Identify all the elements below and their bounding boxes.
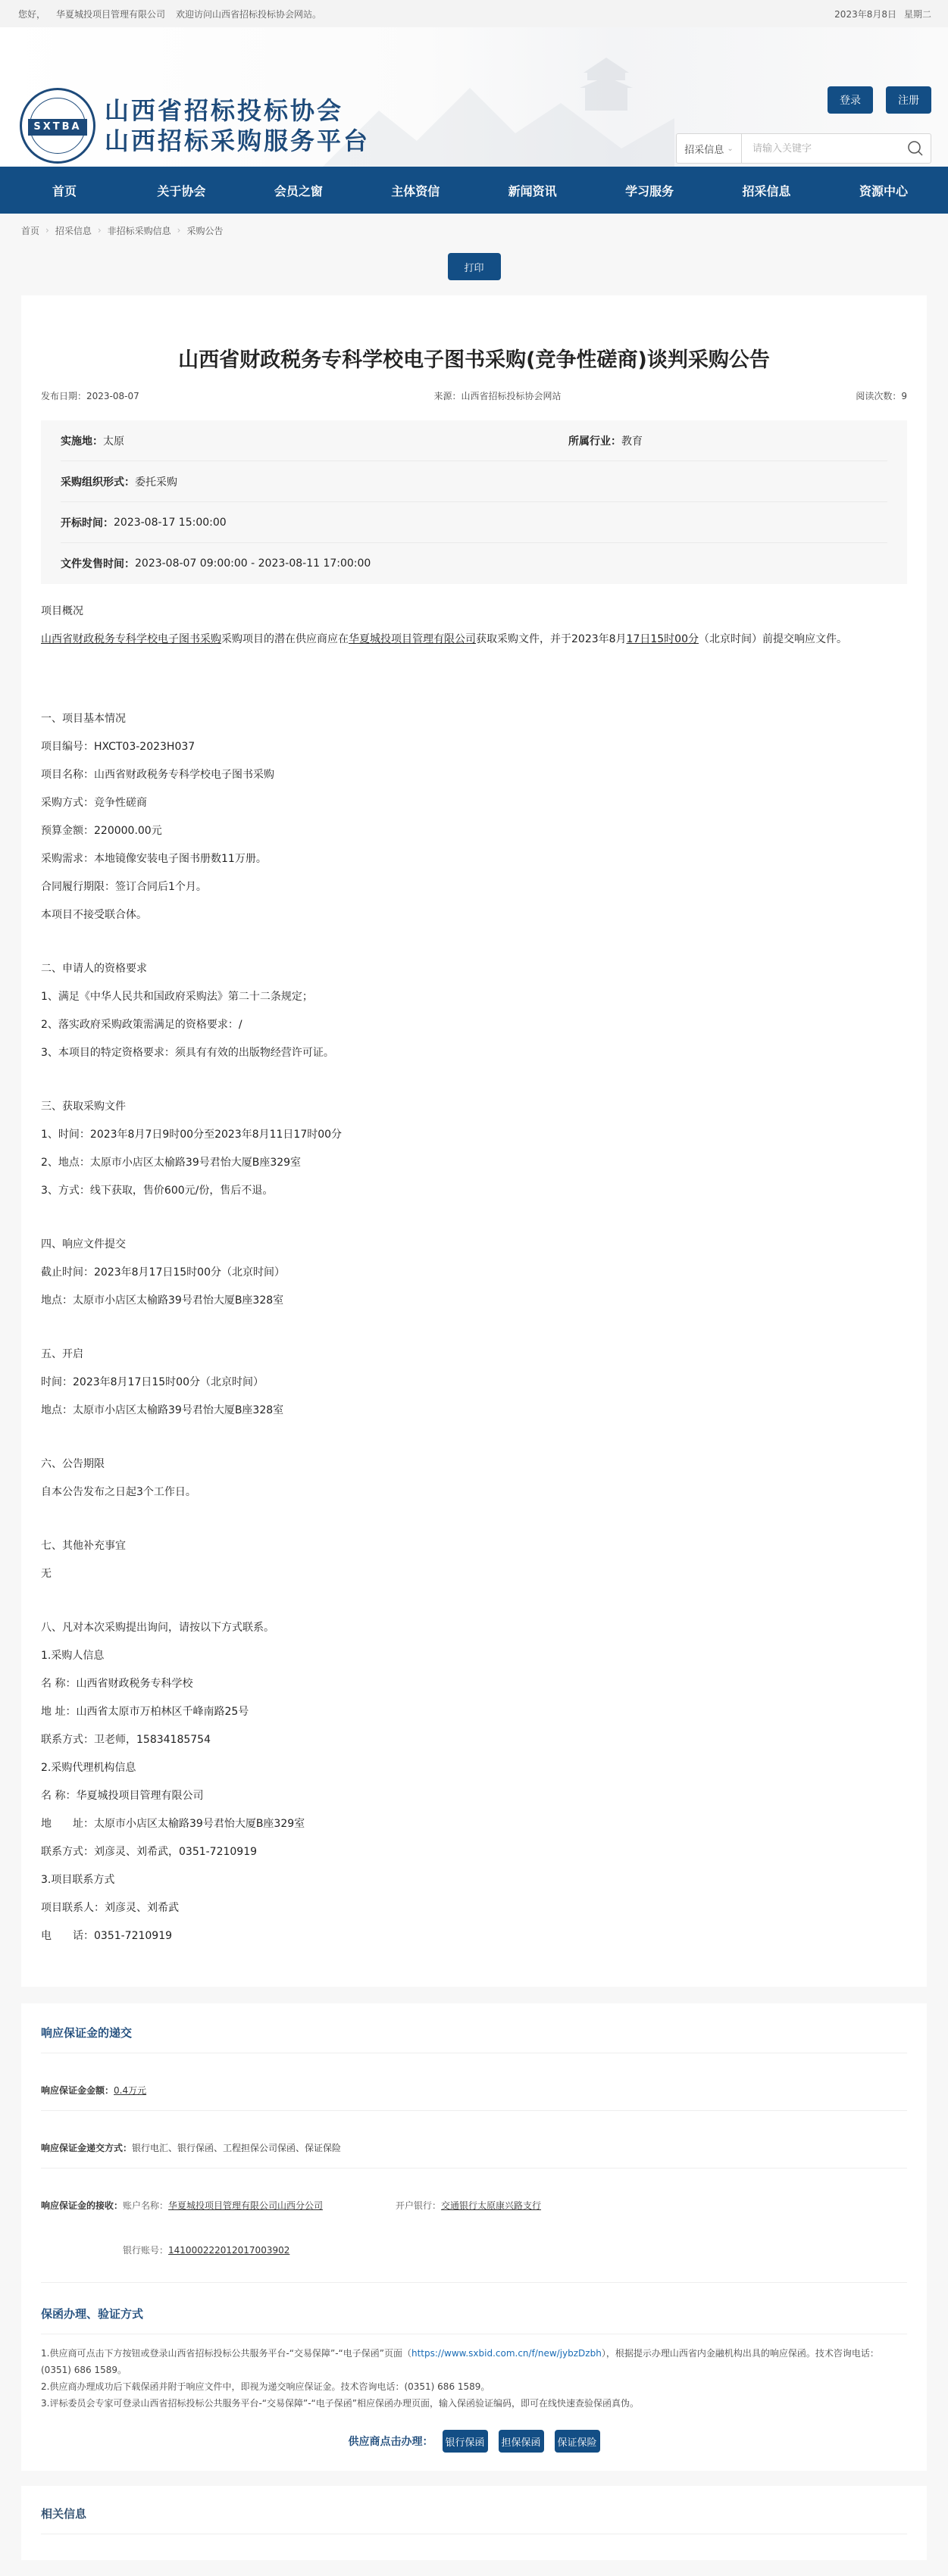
section-title: 一、项目基本情况	[41, 711, 907, 726]
weekday: 星期二	[904, 9, 931, 20]
receive-details: 账户名称：华夏城投项目管理有限公司山西分公司 开户银行：交通银行太原康兴路支行 …	[123, 2199, 593, 2256]
nav-item-resources[interactable]: 资源中心	[842, 182, 925, 199]
breadcrumb-home[interactable]: 首页	[21, 224, 39, 237]
text-line: 2、地点：太原市小店区太榆路39号君怡大厦B座329室	[41, 1155, 907, 1170]
overview-title: 项目概况	[41, 604, 907, 619]
article-body: 项目概况 山西省财政税务专科学校电子图书采购采购项目的潜在供应商应在华夏城投项目…	[41, 584, 907, 1987]
register-button[interactable]: 注册	[886, 86, 931, 114]
text-line: 地点：太原市小店区太榆路39号君怡大厦B座328室	[41, 1403, 907, 1418]
article-meta: 发布日期：2023-08-07 来源：山西省招标投标协会网站 阅读次数：9	[41, 389, 907, 420]
text-line: 地 址：太原市小店区太榆路39号君怡大厦B座329室	[41, 1816, 907, 1831]
section-title: 六、公告期限	[41, 1457, 907, 1472]
search-category-select[interactable]: 招采信息 ⌄	[677, 134, 742, 163]
deposit-receive-row: 响应保证金的接收： 账户名称：华夏城投项目管理有限公司山西分公司 开户银行：交通…	[41, 2169, 907, 2283]
text-line: 项目名称：山西省财政税务专科学校电子图书采购	[41, 767, 907, 782]
text-line: 合同履行期限：签订合同后1个月。	[41, 879, 907, 895]
site-logo[interactable]: SXTBA 山西省招标投标协会 山西招标采购服务平台	[20, 88, 370, 164]
guarantee-line-1: 1.供应商可点击下方按钮或登录山西省招标投标公共服务平台-“交易保障”-“电子保…	[41, 2345, 907, 2378]
mountain-pavilion-background-icon	[318, 42, 674, 167]
top-bar: 您好，华夏城投项目管理有限公司欢迎访问山西省招标投标协会网站。 2023年8月8…	[0, 0, 948, 27]
deposit-amount: 0.4万元	[114, 2085, 146, 2096]
deadline-link[interactable]: 17日15时00分	[627, 633, 699, 645]
search-bar: 招采信息 ⌄	[676, 133, 931, 164]
text-line: 时间：2023年8月17日15时00分（北京时间）	[41, 1375, 907, 1390]
text-line: 3、方式：线下获取，售价600元/份，售后不退。	[41, 1183, 907, 1198]
text-line: 名 称：华夏城投项目管理有限公司	[41, 1788, 907, 1803]
deposit-title: 响应保证金的递交	[41, 2003, 907, 2053]
text-line: 地点：太原市小店区太榆路39号君怡大厦B座328室	[41, 1293, 907, 1308]
bank-guarantee-button[interactable]: 银行保函	[443, 2430, 488, 2453]
logo-title-line2: 山西招标采购服务平台	[105, 126, 370, 156]
page-title: 山西省财政税务专科学校电子图书采购(竞争性磋商)谈判采购公告	[41, 295, 907, 376]
info-row-org-form: 采购组织形式：委托采购	[61, 461, 887, 502]
deposit-methods-row: 响应保证金递交方式： 银行电汇、银行保函、工程担保公司保函、保证保险	[41, 2111, 907, 2169]
text-line: 采购需求：本地镜像安装电子图书册数11万册。	[41, 851, 907, 866]
company-name: 华夏城投项目管理有限公司	[56, 9, 165, 20]
nav-item-members[interactable]: 会员之窗	[257, 182, 340, 199]
text-line: 地 址：山西省太原市万柏林区千峰南路25号	[41, 1704, 907, 1719]
section-title: 八、凡对本次采购提出询问，请按以下方式联系。	[41, 1620, 907, 1635]
guarantee-line-2: 2.供应商办理成功后下载保函并附于响应文件中，即视为递交响应保证金。技术咨询电话…	[41, 2378, 907, 2395]
site-header: SXTBA 山西省招标投标协会 山西招标采购服务平台 登录 注册 招采信息 ⌄	[0, 27, 948, 167]
section-title: 四、响应文件提交	[41, 1237, 907, 1252]
account-number: 141000222012017003902	[168, 2245, 289, 2256]
text-line: 1、时间：2023年8月7日9时00分至2023年8月11日17时00分	[41, 1127, 907, 1142]
text-line: 项目联系人：刘彦灵、刘希武	[41, 1900, 907, 1916]
chevron-right-icon: ›	[177, 225, 181, 236]
greeting: 您好，华夏城投项目管理有限公司欢迎访问山西省招标投标协会网站。	[18, 8, 332, 20]
deposit-amount-row: 响应保证金金额： 0.4万元	[41, 2053, 907, 2111]
welcome-text: 欢迎访问山西省招标投标协会网站。	[176, 9, 321, 20]
section-title: 二、申请人的资格要求	[41, 961, 907, 976]
nav-item-home[interactable]: 首页	[23, 182, 106, 199]
deposit-amount-label: 响应保证金金额：	[41, 2084, 114, 2097]
login-button[interactable]: 登录	[828, 86, 873, 114]
related-title: 相关信息	[41, 2486, 907, 2534]
text-line: 截止时间：2023年8月17日15时00分（北京时间）	[41, 1265, 907, 1280]
text-line: 采购方式：竞争性磋商	[41, 795, 907, 810]
deposit-methods-label: 响应保证金递交方式：	[41, 2141, 132, 2154]
greeting-text: 您好，	[18, 9, 45, 20]
guarantee-line-3: 3.评标委员会专家可登录山西省招标投标公共服务平台-“交易保障”-“电子保函”相…	[41, 2395, 907, 2412]
text-line: 2、落实政府采购政策需满足的资格要求：/	[41, 1017, 907, 1032]
breadcrumb: 首页 › 招采信息 › 非招标采购信息 › 采购公告	[0, 214, 948, 247]
section-title: 三、获取采购文件	[41, 1099, 907, 1114]
agency-link[interactable]: 华夏城投项目管理有限公司	[349, 633, 476, 645]
nav-item-learning[interactable]: 学习服务	[608, 182, 691, 199]
text-line: 1、满足《中华人民共和国政府采购法》第二十二条规定；	[41, 989, 907, 1004]
project-link[interactable]: 山西省财政税务专科学校电子图书采购	[41, 633, 221, 645]
overview-paragraph: 山西省财政税务专科学校电子图书采购采购项目的潜在供应商应在华夏城投项目管理有限公…	[41, 632, 907, 647]
text-line: 1.采购人信息	[41, 1648, 907, 1663]
text-line: 项目编号：HXCT03-2023H037	[41, 739, 907, 754]
info-row-location: 实施地：太原 所属行业：教育	[61, 420, 887, 461]
nav-item-credit[interactable]: 主体资信	[374, 182, 457, 199]
text-line: 联系方式：刘彦灵、刘希武，0351-7210919	[41, 1844, 907, 1859]
print-row: 打印	[0, 247, 948, 295]
text-line: 3、本项目的特定资格要求：须具有有效的出版物经营许可证。	[41, 1045, 907, 1060]
deposit-receive-label: 响应保证金的接收：	[41, 2199, 123, 2212]
related-info-card: 相关信息	[21, 2486, 927, 2560]
search-category-label: 招采信息	[684, 142, 724, 156]
logo-seal-icon: SXTBA	[20, 88, 95, 164]
current-date: 2023年8月8日	[834, 9, 896, 20]
info-row-open-time: 开标时间：2023-08-17 15:00:00	[61, 502, 887, 543]
section-title: 五、开启	[41, 1347, 907, 1362]
text-line: 预算金额：220000.00元	[41, 823, 907, 838]
source: 来源：山西省招标投标协会网站	[434, 389, 562, 402]
surety-guarantee-button[interactable]: 担保保函	[499, 2430, 544, 2453]
text-line: 3.项目联系方式	[41, 1872, 907, 1888]
chevron-right-icon: ›	[98, 225, 102, 236]
article-card: 山西省财政税务专科学校电子图书采购(竞争性磋商)谈判采购公告 发布日期：2023…	[21, 295, 927, 1987]
deposit-card: 响应保证金的递交 响应保证金金额： 0.4万元 响应保证金递交方式： 银行电汇、…	[21, 2003, 927, 2471]
main-nav: 首页 关于协会 会员之窗 主体资信 新闻资讯 学习服务 招采信息 资源中心	[0, 167, 948, 214]
logo-text: 山西省招标投标协会 山西招标采购服务平台	[105, 95, 370, 156]
breadcrumb-current: 采购公告	[186, 224, 223, 237]
text-line: 本项目不接受联合体。	[41, 907, 907, 923]
text-line: 联系方式：卫老师，15834185754	[41, 1732, 907, 1747]
supplier-label: 供应商点击办理：	[349, 2434, 433, 2449]
auth-buttons: 登录 注册	[828, 86, 931, 114]
date-display: 2023年8月8日星期二	[827, 8, 931, 20]
guarantee-url-link[interactable]: https://www.sxbid.com.cn/f/new/jybzDzbh	[411, 2348, 602, 2359]
logo-title-line1: 山西省招标投标协会	[105, 95, 370, 126]
account-name: 华夏城投项目管理有限公司山西分公司	[168, 2200, 323, 2211]
chevron-right-icon: ›	[45, 225, 49, 236]
search-icon[interactable]	[900, 140, 931, 157]
logo-abbr: SXTBA	[28, 119, 87, 136]
text-line: 2.采购代理机构信息	[41, 1760, 907, 1775]
print-button[interactable]: 打印	[448, 253, 501, 280]
breadcrumb-non-tender[interactable]: 非招标采购信息	[108, 224, 171, 237]
nav-item-news[interactable]: 新闻资讯	[491, 182, 574, 199]
breadcrumb-procurement-info[interactable]: 招采信息	[55, 224, 92, 237]
chevron-down-icon: ⌄	[727, 145, 733, 153]
guarantee-insurance-button[interactable]: 保证保险	[555, 2430, 600, 2453]
nav-item-procurement[interactable]: 招采信息	[725, 182, 809, 199]
guarantee-instructions: 1.供应商可点击下方按钮或登录山西省招标投标公共服务平台-“交易保障”-“电子保…	[41, 2334, 907, 2427]
text-line: 自本公告发布之日起3个工作日。	[41, 1485, 907, 1500]
text-line: 名 称：山西省财政税务专科学校	[41, 1676, 907, 1691]
section-title: 七、其他补充事宜	[41, 1538, 907, 1553]
supplier-actions: 供应商点击办理： 银行保函 担保保函 保证保险	[41, 2427, 907, 2471]
guarantee-title: 保函办理、验证方式	[41, 2283, 907, 2334]
deposit-methods: 银行电汇、银行保函、工程担保公司保函、保证保险	[132, 2141, 341, 2154]
text-line: 电 话：0351-7210919	[41, 1928, 907, 1944]
info-row-sale-time: 文件发售时间：2023-08-07 09:00:00 - 2023-08-11 …	[61, 543, 887, 584]
read-count: 阅读次数：9	[856, 389, 907, 402]
publish-date: 发布日期：2023-08-07	[41, 389, 139, 402]
search-input[interactable]	[742, 134, 900, 163]
text-line: 无	[41, 1566, 907, 1582]
project-info-panel: 实施地：太原 所属行业：教育 采购组织形式：委托采购 开标时间：2023-08-…	[41, 420, 907, 584]
nav-item-about[interactable]: 关于协会	[139, 182, 223, 199]
bank-name: 交通银行太原康兴路支行	[441, 2200, 541, 2211]
